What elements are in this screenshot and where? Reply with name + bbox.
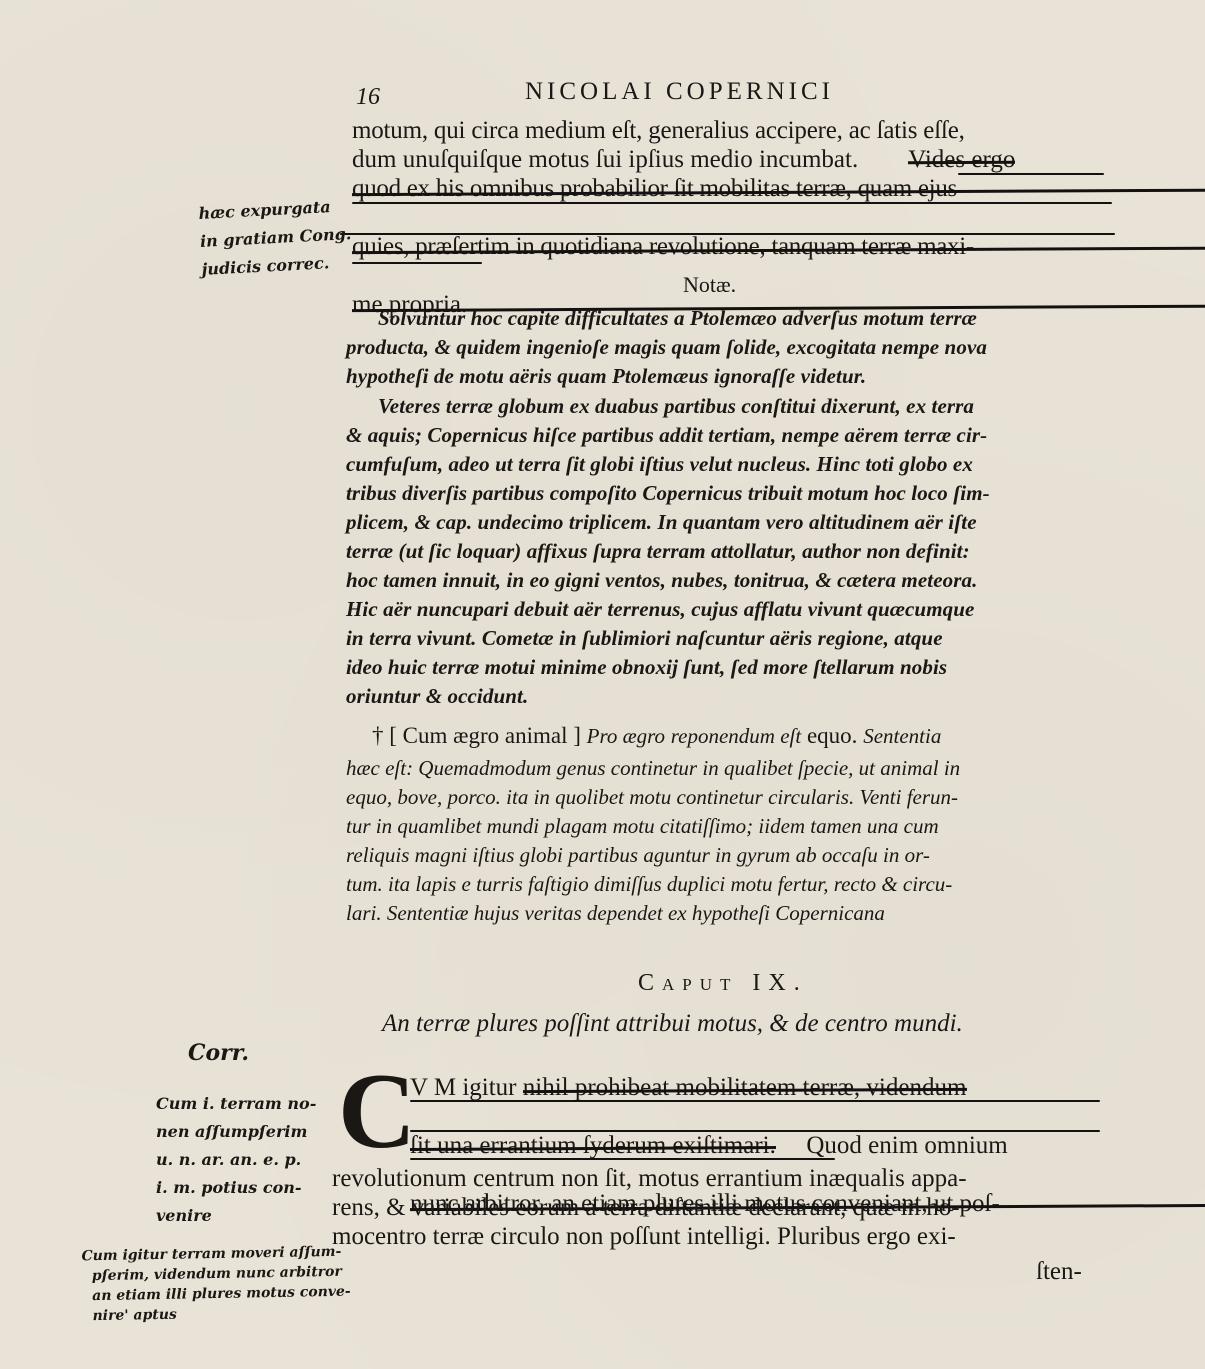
margin-note-bottom: Cum i. terram no- nen aſſumpſerim u. n. … <box>156 1090 316 1230</box>
text-line: motum, qui circa medium eſt, generalius … <box>352 116 965 145</box>
text-segment: dum unuſquiſque motus ſui ipſius medio i… <box>352 146 858 173</box>
text-line: lari. Sententiæ hujus veritas dependet e… <box>346 899 885 928</box>
text-line: & aquis; Copernicus hiſce partibus addit… <box>346 421 987 451</box>
chapter-heading: Caput IX. <box>638 970 808 997</box>
text-line: reliquis magni iſtius globi partibus agu… <box>346 841 930 870</box>
ink-underline <box>352 262 482 264</box>
margin-note-bottom-small: Cum igitur terram moveri aſſum- pſerim, … <box>81 1242 351 1327</box>
text-line: Veteres terræ globum ex duabus partibus … <box>378 392 974 422</box>
text-line: ideo huic terræ motui minime obnoxij ſun… <box>346 653 947 683</box>
notes-title: Notæ. <box>683 272 736 298</box>
struck-text: quies, præſertim in quotidiana revolutio… <box>352 232 1205 261</box>
text-line: † [ Cum ægro animal ] Pro ægro reponendu… <box>372 722 941 751</box>
struck-text: ſit una errantium ſyderum exiſtimari. <box>410 1132 776 1159</box>
text-line: hoc tamen innuit, in eo gigni ventos, nu… <box>346 566 977 596</box>
handwritten-line: Cum i. terram no- <box>156 1090 316 1118</box>
page-number: 16 <box>356 84 380 111</box>
text-line: hæc eſt: Quemadmodum genus continetur in… <box>346 754 960 783</box>
ink-underline <box>340 233 1115 235</box>
text-segment: Quod enim omnium <box>806 1132 1007 1159</box>
drop-cap: C <box>338 1062 416 1162</box>
margin-note-heading: Corr. <box>188 1040 249 1066</box>
running-head: NICOLAI COPERNICI <box>525 78 834 106</box>
text-line: producta, & quidem ingenioſe magis quam … <box>346 333 987 363</box>
text-line: terræ (ut ſic loquar) affixus ſupra terr… <box>346 537 970 567</box>
text-line: tum. ita lapis e turris faſtigio dimiſſu… <box>346 870 952 899</box>
struck-text: nihil prohibeat mobilitatem terræ, viden… <box>523 1074 967 1101</box>
handwritten-line: nire' aptus <box>82 1302 351 1327</box>
text-line: equo, bove, porco. ita in quolibet motu … <box>346 783 958 812</box>
text-line: Solvuntur hoc capite difficultates a Pto… <box>378 304 977 334</box>
ink-underline <box>410 1100 1100 1102</box>
top-text-block: motum, qui circa medium eſt, generalius … <box>0 0 1205 87</box>
ink-underline <box>958 173 1104 175</box>
text-line: cumfuſum, adeo ut terra ſit globi iſtius… <box>346 450 973 480</box>
text-line: revolutionum centrum non ſit, motus erra… <box>332 1164 967 1193</box>
text-line: rens, & variabiles eorum a terra diſtant… <box>332 1193 960 1222</box>
handwritten-line: nen aſſumpſerim <box>156 1118 316 1146</box>
struck-text: quod ex his omnibus probabilior ſit mobi… <box>352 174 1205 203</box>
handwritten-line: venire <box>156 1202 316 1230</box>
text-line: mocentro terræ circulo non poſſunt intel… <box>332 1222 956 1251</box>
text-segment: V M igitur <box>410 1074 517 1101</box>
text-line: dum unuſquiſque motus ſui ipſius medio i… <box>352 145 1015 174</box>
book-page: 16 NICOLAI COPERNICI motum, qui circa me… <box>0 0 1205 1369</box>
text-line: oriuntur & occidunt. <box>346 682 528 712</box>
text-line: in terra vivunt. Cometæ in ſublimiori na… <box>346 624 943 654</box>
margin-note-top: hæc expurgata in gratiam Cong. judicis c… <box>198 192 354 284</box>
text-line: tribus diverſis partibus compoſito Coper… <box>346 479 990 509</box>
text-line: plicem, & cap. undecimo triplicem. In qu… <box>346 508 977 538</box>
text-line: hypotheſi de motu aëris quam Ptolemæus i… <box>346 362 866 392</box>
bracket-lemma: † [ Cum ægro animal ] <box>372 723 581 748</box>
text-line: Hic aër nuncupari debuit aër terrenus, c… <box>346 595 974 625</box>
text-segment: reponendum eſt <box>671 724 801 748</box>
text-segment: Sententia <box>863 724 941 748</box>
ink-underline <box>410 1158 835 1160</box>
ink-underline <box>410 1130 1100 1132</box>
text-line: tur in quamlibet mundi plagam motu citat… <box>346 812 939 841</box>
struck-text: Vides ergo <box>908 146 1015 173</box>
handwritten-line: i. m. potius con- <box>156 1174 316 1202</box>
ink-underline <box>352 202 1112 204</box>
text-segment: equo. <box>807 723 857 748</box>
chapter-subtitle: An terræ plures poſſint attribui motus, … <box>382 1010 963 1038</box>
catchword: ſten- <box>1036 1257 1082 1286</box>
text-line: V M igitur nihil prohibeat mobilitatem t… <box>410 1073 966 1102</box>
handwritten-line: u. n. ar. an. e. p. <box>156 1146 316 1174</box>
text-segment: Pro ægro <box>587 724 665 748</box>
text-line: ſit una errantium ſyderum exiſtimari. Qu… <box>410 1131 1008 1160</box>
